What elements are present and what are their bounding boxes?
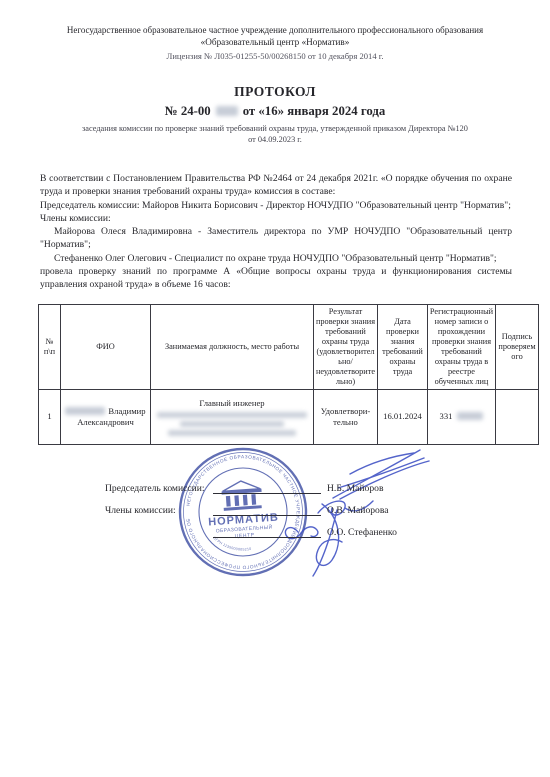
col-header-position: Занимаемая должность, место работы [151,304,314,389]
handwritten-signatures [0,440,550,620]
member2-name: О.В. Майорова [327,505,389,516]
chairman-name: Н.Б. Майоров [327,483,383,494]
reg-number-prefix: 331 [440,411,453,421]
col-header-date: Дата проверки знания требований охраны т… [378,304,428,389]
member3-name: О.О. Стефаненко [327,527,397,538]
paragraph-chairman: Председатель комиссии: Майоров Никита Бо… [40,199,512,212]
cell-reg-number: 331 [428,389,496,444]
col-header-signature: Подпись проверяемого [496,304,539,389]
table-row: 1 Владимир Александрович Главный инженер… [39,389,539,444]
paragraph-member-mayorova: Майорова Олеся Владимировна - Заместител… [40,225,512,252]
org-name-line1: Негосударственное образовательное частно… [0,25,550,36]
col-header-fio: ФИО [61,304,151,389]
redacted-employer-line3 [168,430,296,436]
title-block: ПРОТОКОЛ № 24-00от «16» января 2024 года… [0,84,550,145]
chairman-signature-label: Председатель комиссии: [105,483,205,494]
members-signature-label: Члены комиссии: [105,505,176,516]
redacted-employer-line2 [180,421,284,427]
cell-result: Удовлетвори-тельно [314,389,378,444]
cell-signature [496,389,539,444]
col-header-number: № п\п [39,304,61,389]
position-title: Главный инженер [152,398,312,409]
col-header-reg-number: Регистрационный номер записи о прохожден… [428,304,496,389]
redacted-employer-line1 [157,412,307,418]
table-header-row: № п\п ФИО Занимаемая должность, место ра… [39,304,539,389]
document-title: ПРОТОКОЛ [0,84,550,100]
org-name-line2: «Образовательный центр «Норматив» [0,37,550,48]
subtitle-line1: заседания комиссии по проверке знаний тр… [0,124,550,135]
paragraph-members-label: Члены комиссии: [40,212,512,225]
document-page: Негосударственное образовательное частно… [0,0,550,777]
license-line: Лицензия № Л035-01255-50/00268150 от 10 … [0,51,550,61]
protocol-number-prefix: № 24-00 [165,104,211,118]
signature-line [213,515,321,516]
redacted-protocol-number [216,106,238,116]
protocol-number-line: № 24-00от «16» января 2024 года [0,104,550,119]
cell-number: 1 [39,389,61,444]
signature-stefanenko-stroke [301,527,318,537]
paragraph-program: провела проверку знаний по программе А «… [40,265,512,292]
paragraph-regulation: В соответствии с Постановлением Правител… [40,172,512,199]
org-header: Негосударственное образовательное частно… [0,0,550,61]
redacted-surname [65,407,105,415]
paragraph-member-stefanenko: Стефаненко Олег Олегович - Специалист по… [40,252,512,265]
results-table: № п\п ФИО Занимаемая должность, место ра… [38,304,539,445]
subtitle-line2: от 04.09.2023 г. [0,135,550,146]
protocol-date: от «16» января 2024 года [243,104,386,118]
signature-block: НЕГОСУДАРСТВЕННОЕ ОБРАЗОВАТЕЛЬНОЕ ЧАСТНО… [0,440,550,620]
body-text: В соответствии с Постановлением Правител… [40,172,512,292]
cell-date: 16.01.2024 [378,389,428,444]
signature-line [213,493,321,494]
signature-stefanenko-stroke [313,510,337,576]
cell-fio: Владимир Александрович [61,389,151,444]
signature-line [213,537,321,538]
col-header-result: Результат проверки знания требований охр… [314,304,378,389]
cell-position: Главный инженер [151,389,314,444]
redacted-reg-number [457,412,483,420]
